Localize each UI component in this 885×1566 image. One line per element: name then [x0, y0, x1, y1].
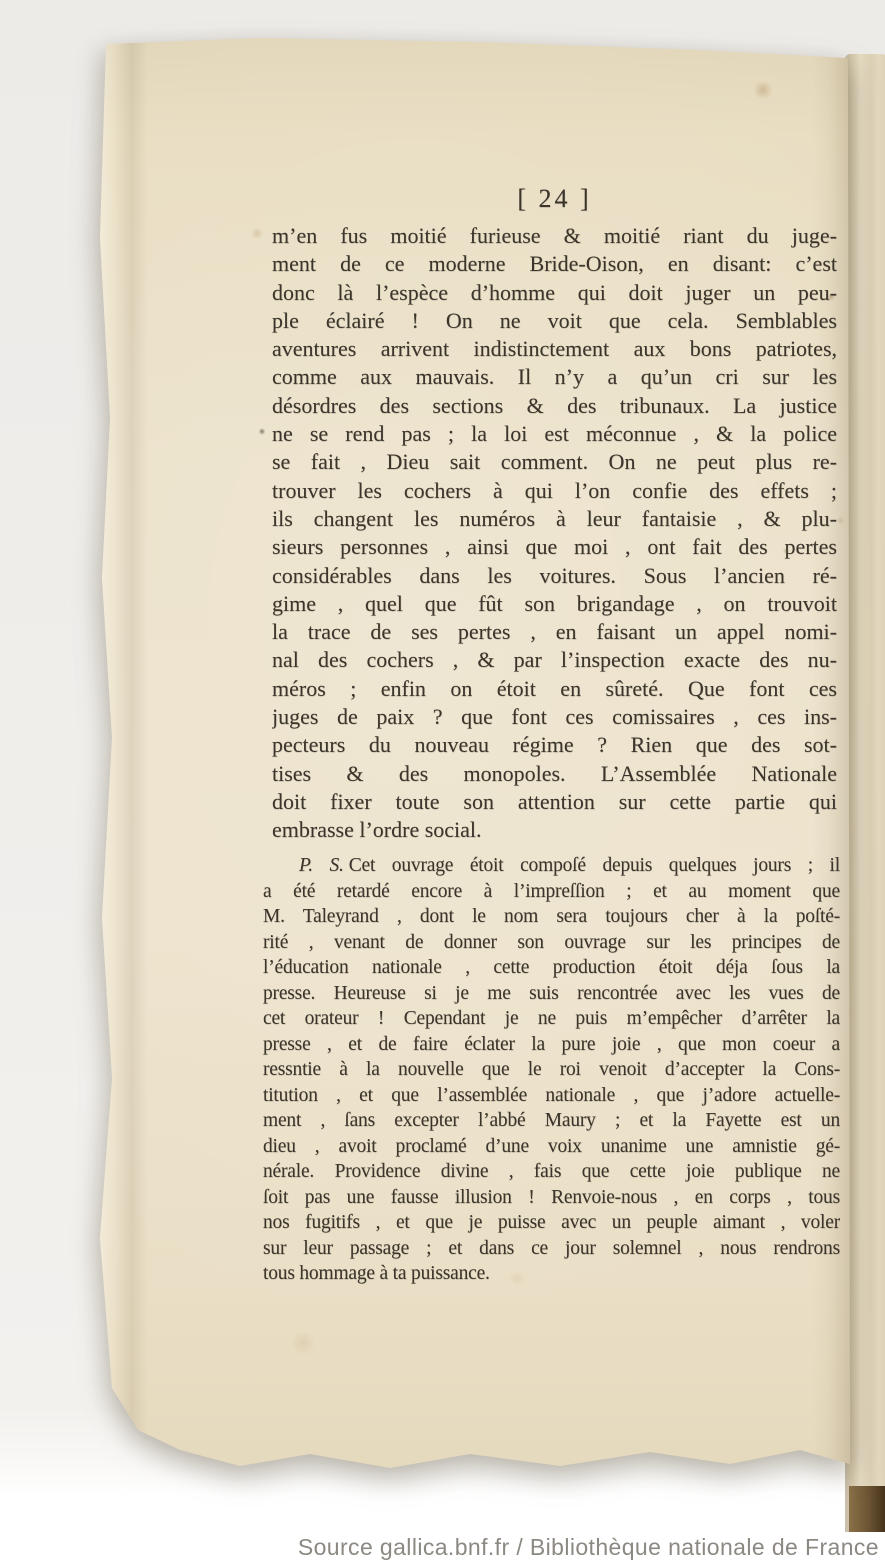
postscript-first-line: P. S.Cet ouvrage étoit compoſé depuis qu… — [263, 853, 840, 879]
text-line: l’éducation nationale , cette production… — [263, 955, 840, 981]
main-paragraph: m’en fus moitié furieuse & moitié riant … — [272, 222, 837, 845]
text-line: m’en fus moitié furieuse & moitié riant … — [272, 222, 837, 250]
text-line: gime , quel que fût son brigandage , on … — [272, 590, 837, 618]
text-line: M. Taleyrand , dont le nom sera toujours… — [263, 904, 840, 930]
text-line: ment de ce moderne Bride-Oison, en disan… — [272, 250, 837, 278]
text-line: presse , et de faire éclater la pure joi… — [263, 1032, 840, 1058]
text-line: considérables dans les voitures. Sous l’… — [272, 562, 837, 590]
page-number: [ 24 ] — [272, 184, 837, 214]
text-line: donc là l’espèce d’homme qui doit juger … — [272, 279, 837, 307]
footer-bar: Source gallica.bnf.fr / Bibliothèque nat… — [0, 1532, 885, 1566]
text-line: nos fugitifs , et que je puisse avec un … — [263, 1210, 840, 1236]
text-line: cet orateur ! Cependant je ne puis m’emp… — [263, 1006, 840, 1032]
text-line: ment , ſans excepter l’abbé Maury ; et l… — [263, 1108, 840, 1134]
text-line: ſoit pas une fausse illusion ! Renvoie-n… — [263, 1185, 840, 1211]
postscript-last-line: tous hommage à ta puissance. — [263, 1261, 840, 1287]
postscript-first-line-text: Cet ouvrage étoit compoſé depuis quelque… — [349, 855, 840, 876]
text-line: la trace de ses pertes , en faisant un a… — [272, 618, 837, 646]
text-line: pecteurs du nouveau régime ? Rien que de… — [272, 731, 837, 759]
text-line: juges de paix ? que font ces comissaires… — [272, 703, 837, 731]
book-fore-edge — [845, 54, 885, 1532]
text-line: ple éclairé ! On ne voit que cela. Sembl… — [272, 307, 837, 335]
text-line: rité , venant de donner son ouvrage sur … — [263, 930, 840, 956]
main-paragraph-lines: m’en fus moitié furieuse & moitié riant … — [272, 222, 837, 816]
source-attribution: Source gallica.bnf.fr / Bibliothèque nat… — [298, 1534, 879, 1561]
text-line: sieurs personnes , ainsi que moi , ont f… — [272, 533, 837, 561]
text-line: nérale. Providence divine , fais que cet… — [263, 1159, 840, 1185]
text-line: doit fixer toute son attention sur cette… — [272, 788, 837, 816]
text-line: presse. Heureuse si je me suis rencontré… — [263, 981, 840, 1007]
text-line: ressntie à la nouvelle que le roi venoit… — [263, 1057, 840, 1083]
text-line: a été retardé encore à l’impreſſion ; et… — [263, 879, 840, 905]
text-line: nal des cochers , & par l’inspection exa… — [272, 646, 837, 674]
text-line: se fait , Dieu sait comment. On ne peut … — [272, 448, 837, 476]
text-line: aventures arrivent indistinctement aux b… — [272, 335, 837, 363]
text-line: sur leur passage ; et dans ce jour solem… — [263, 1236, 840, 1262]
text-line: désordres des sections & des tribunaux. … — [272, 392, 837, 420]
postscript-lines: a été retardé encore à l’impreſſion ; et… — [263, 879, 840, 1262]
text-line: comme aux mauvais. Il n’y a qu’un cri su… — [272, 363, 837, 391]
scanned-page-view: [ 24 ] m’en fus moitié furieuse & moitié… — [0, 0, 885, 1566]
text-line: méros ; enfin on étoit en sûreté. Que fo… — [272, 675, 837, 703]
text-line: ils changent les numéros à leur fantaisi… — [272, 505, 837, 533]
main-paragraph-last-line: embrasse l’ordre social. — [272, 816, 837, 844]
postscript-label: P. S. — [299, 855, 344, 876]
postscript-paragraph: P. S.Cet ouvrage étoit compoſé depuis qu… — [263, 853, 840, 1287]
text-line: ne se rend pas ; la loi est méconnue , &… — [272, 420, 837, 448]
text-line: trouver les cochers à qui l’on confie de… — [272, 477, 837, 505]
book-edge-dark-patch — [849, 1486, 885, 1532]
text-line: tises & des monopoles. L’Assemblée Natio… — [272, 760, 837, 788]
text-line: dieu , avoit proclamé d’une voix unanime… — [263, 1134, 840, 1160]
text-line: titution , et que l’assemblée nationale … — [263, 1083, 840, 1109]
